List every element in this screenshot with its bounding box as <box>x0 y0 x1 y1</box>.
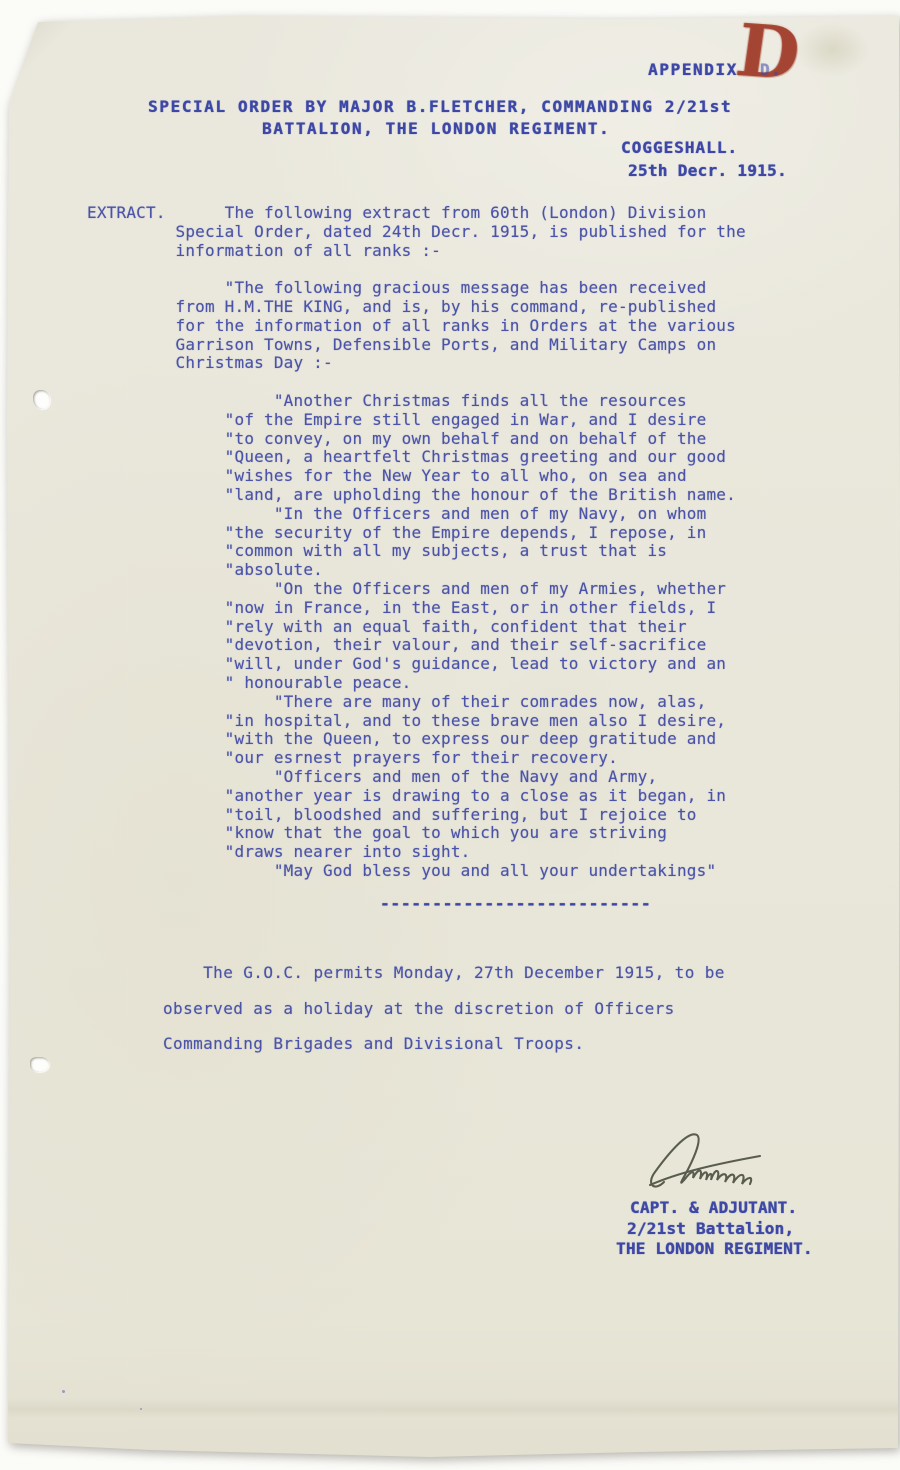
goc-paragraph: The G.O.C. permits Monday, 27th December… <box>163 955 725 1062</box>
paper-shadow-wrap: D APPENDIXD. SPECIAL ORDER BY MAJOR B.FL… <box>0 0 900 1470</box>
corner-crease <box>0 10 120 120</box>
ink-speck <box>62 1390 65 1393</box>
signoff-rank: CAPT. & ADJUTANT. <box>630 1198 797 1217</box>
signoff-battalion: 2/21st Battalion, <box>627 1219 794 1238</box>
body-text: EXTRACT. The following extract from 60th… <box>87 204 746 881</box>
date-line: 25th Decr. 1915. <box>628 161 787 180</box>
appendix-stamp-letter: D <box>731 10 804 94</box>
appendix-typed-letter: D. <box>760 60 782 79</box>
appendix-word: APPENDIX <box>648 60 738 79</box>
signoff-regiment: THE LONDON REGIMENT. <box>616 1239 813 1258</box>
dashed-separator: -------------------------- <box>380 894 651 913</box>
paper-stain <box>795 22 870 77</box>
document-title-line1: SPECIAL ORDER BY MAJOR B.FLETCHER, COMMA… <box>148 97 732 116</box>
paper-sheet: D APPENDIXD. SPECIAL ORDER BY MAJOR B.FL… <box>0 0 900 1470</box>
paper-crease <box>0 1398 900 1418</box>
scanned-document: D APPENDIXD. SPECIAL ORDER BY MAJOR B.FL… <box>0 0 900 1470</box>
punch-hole <box>33 390 50 409</box>
appendix-line: APPENDIXD. <box>648 60 782 79</box>
document-title-line2: BATTALION, THE LONDON REGIMENT. <box>262 119 610 138</box>
punch-hole <box>30 1057 49 1072</box>
place-line: COGGESHALL. <box>621 138 738 157</box>
handwritten-signature <box>642 1122 792 1200</box>
ink-speck <box>140 1408 142 1410</box>
